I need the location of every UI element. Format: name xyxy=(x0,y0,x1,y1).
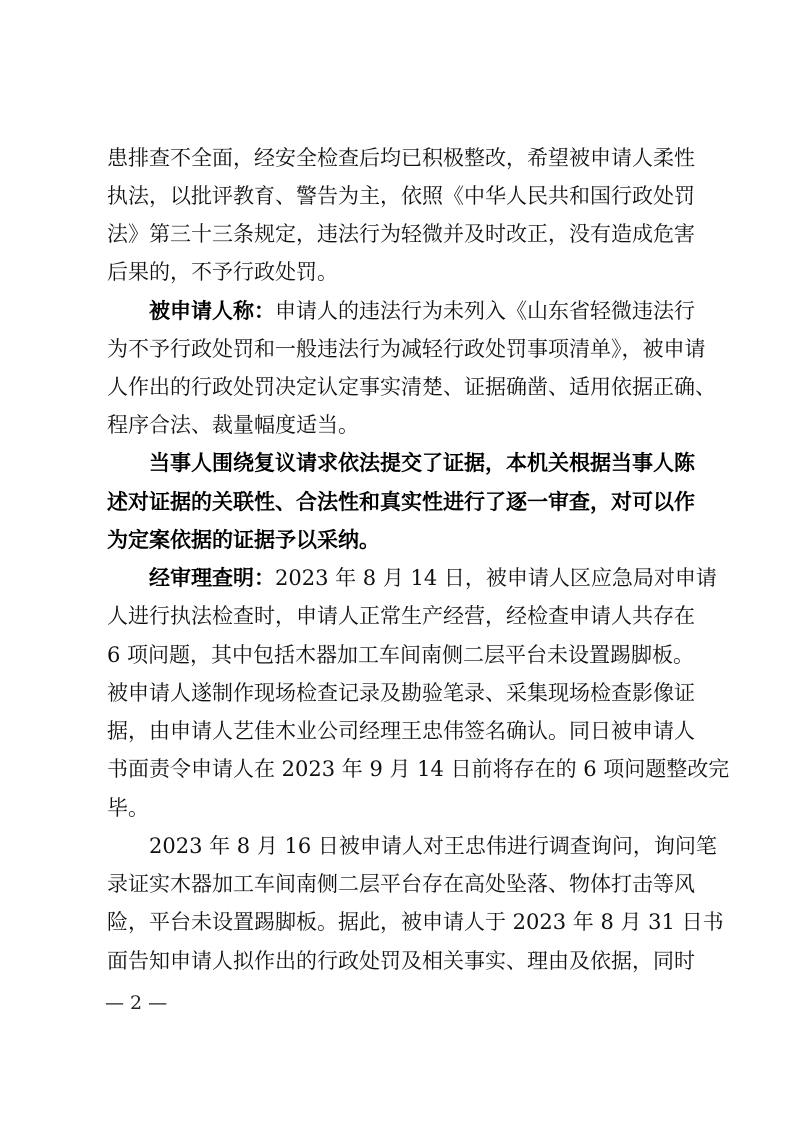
text-line: 书面责令申请人在 2023 年 9 月 14 日前将存在的 6 项问题整改完 xyxy=(107,754,692,784)
text-line: 执法，以批评教育、警告为主，依照《中华人民共和国行政处罚 xyxy=(107,181,692,211)
text-line: 毕。 xyxy=(107,793,692,823)
findings-first-line: 经审理查明：2023 年 8 月 14 日，被申请人区应急局对申请 xyxy=(149,563,692,593)
text-line: 后果的，不予行政处罚。 xyxy=(107,257,692,287)
text-line: 为不予行政处罚和一般违法行为减轻行政处罚事项清单》，被申请 xyxy=(107,334,692,364)
text-line: 人进行执法检查时，申请人正常生产经营，经检查申请人共存在 xyxy=(107,601,692,631)
text-span: 申请人的违法行为未列入《山东省轻微违法行 xyxy=(275,299,695,323)
text-line: 患排查不全面，经安全检查后均已积极整改，希望被申请人柔性 xyxy=(107,143,692,173)
evidence-paragraph-line: 当事人围绕复议请求依法提交了证据，本机关根据当事人陈 xyxy=(149,448,692,478)
text-line: 被申请人遂制作现场检查记录及勘验笔录、采集现场检查影像证 xyxy=(107,678,692,708)
text-line: 录证实木器加工车间南侧二层平台存在高处坠落、物体打击等风 xyxy=(107,869,692,899)
evidence-paragraph-line: 为定案依据的证据予以采纳。 xyxy=(107,525,692,555)
text-span: 2023 年 8 月 14 日，被申请人区应急局对申请 xyxy=(275,566,717,590)
text-line: 6 项问题，其中包括木器加工车间南侧二层平台未设置踢脚板。 xyxy=(107,640,692,670)
respondent-statement-first-line: 被申请人称：申请人的违法行为未列入《山东省轻微违法行 xyxy=(149,296,692,326)
text-line: 面告知申请人拟作出的行政处罚及相关事实、理由及依据，同时 xyxy=(107,946,692,976)
respondent-statement-label: 被申请人称： xyxy=(149,299,275,323)
text-line: 人作出的行政处罚决定认定事实清楚、证据确凿、适用依据正确、 xyxy=(107,372,692,402)
text-line: 险，平台未设置踢脚板。据此，被申请人于 2023 年 8 月 31 日书 xyxy=(107,907,692,937)
text-line: 2023 年 8 月 16 日被申请人对王忠伟进行调查询问，询问笔 xyxy=(149,831,692,861)
text-line: 据，由申请人艺佳木业公司经理王忠伟签名确认。同日被申请人 xyxy=(107,716,692,746)
evidence-paragraph-line: 述对证据的关联性、合法性和真实性进行了逐一审查，对可以作 xyxy=(107,487,692,517)
document-page: 患排查不全面，经安全检查后均已积极整改，希望被申请人柔性 执法，以批评教育、警告… xyxy=(0,0,794,1123)
text-line: 程序合法、裁量幅度适当。 xyxy=(107,410,692,440)
findings-label: 经审理查明： xyxy=(149,566,275,590)
page-number: — 2 — xyxy=(105,990,167,1016)
text-line: 法》第三十三条规定，违法行为轻微并及时改正，没有造成危害 xyxy=(107,219,692,249)
